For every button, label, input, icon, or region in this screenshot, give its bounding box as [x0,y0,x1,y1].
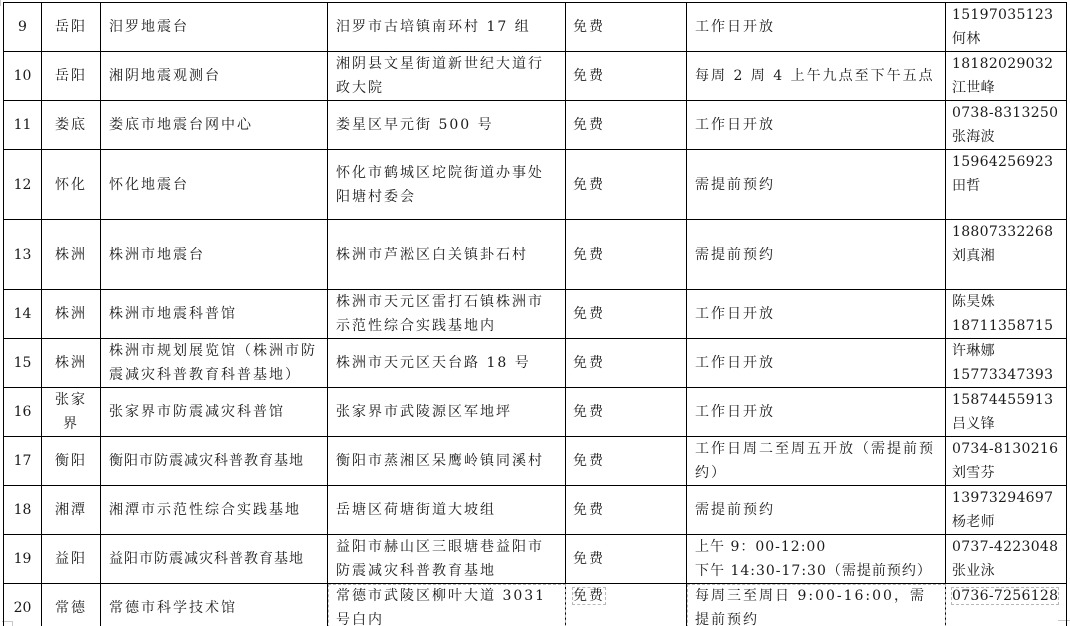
opening-hours-cell: 工作日开放 [687,290,946,339]
contact-line: 吕义锋 [952,412,1060,436]
venue-name-cell: 常德市科学技术馆 [101,584,328,626]
address-cell: 汨罗市古培镇南环村 17 组 [328,3,566,52]
city-cell: 岳阳 [42,52,101,101]
city-cell: 娄底 [42,101,101,150]
contact-line: 0738-8313250 [952,101,1060,125]
address-cell: 湘阴县文星街道新世纪大道行政大院 [328,52,566,101]
city-cell: 衡阳 [42,437,101,486]
row-number: 12 [4,150,42,220]
contact-line: 刘雪芬 [952,461,1060,485]
venue-name-cell: 张家界市防震减灾科普馆 [101,388,328,437]
contact-cell: 18807332268 刘真湘 [946,220,1067,290]
contact-line: 15874455913 [952,388,1060,412]
contact-cell: 13973294697 杨老师 [946,486,1067,535]
city-cell: 岳阳 [42,3,101,52]
fee-cell: 免费 [566,220,687,290]
venue-name-cell: 娄底市地震台网中心 [101,101,328,150]
fee-text: 免费 [573,588,605,604]
city-cell: 常德 [42,584,101,626]
contact-line: 何林 [952,27,1060,51]
contact-line: 18711358715 [952,314,1060,338]
venue-name-cell: 株洲市地震科普馆 [101,290,328,339]
opening-hours-cell: 需提前预约 [687,220,946,290]
venue-name-cell: 汨罗地震台 [101,3,328,52]
table-row: 11 娄底 娄底市地震台网中心 娄星区早元街 500 号 免费 工作日开放 07… [4,101,1067,150]
contact-line: 15773347393 [952,363,1060,387]
row-number: 13 [4,220,42,290]
hours-line: 上午 9：00-12:00 [695,535,937,559]
contact-line: 0736-7256128 [952,588,1058,604]
contact-cell: 0738-8313250 张海波 [946,101,1067,150]
city-cell: 益阳 [42,535,101,584]
table-row: 15 株洲 株洲市规划展览馆（株洲市防震减灾科普教育科普基地） 株洲市天元区天台… [4,339,1067,388]
contact-line: 张海波 [952,125,1060,149]
address-cell: 株洲市天元区天台路 18 号 [328,339,566,388]
address-cell: 怀化市鹤城区坨院街道办事处阳塘村委会 [328,150,566,220]
contact-line: 刘真湘 [952,244,1060,268]
city-cell: 株洲 [42,339,101,388]
table-row: 13 株洲 株洲市地震台 株洲市芦淞区白关镇卦石村 免费 需提前预约 18807… [4,220,1067,290]
fee-cell: 免费 [566,486,687,535]
row-number: 20 [4,584,42,626]
opening-hours-cell: 工作日周二至周五开放（需提前预约） [687,437,946,486]
contact-line: 18807332268 [952,220,1060,244]
opening-hours-cell: 工作日开放 [687,339,946,388]
contact-line: 0737-4223048 [952,535,1060,559]
opening-hours-cell: 工作日开放 [687,101,946,150]
contact-line: 杨老师 [952,510,1060,534]
fee-cell: 免费 [566,437,687,486]
contact-line: 18182029032 [952,52,1060,76]
opening-hours-cell: 工作日开放 [687,3,946,52]
fee-cell: 免费 [566,535,687,584]
row-number: 16 [4,388,42,437]
contact-line: 15197035123 [952,3,1060,27]
address-cell: 张家界市武陵源区军地坪 [328,388,566,437]
table-row: 9 岳阳 汨罗地震台 汨罗市古培镇南环村 17 组 免费 工作日开放 15197… [4,3,1067,52]
table-row: 18 湘潭 湘潭市示范性综合实践基地 岳塘区荷塘街道大坡组 免费 需提前预约 1… [4,486,1067,535]
fee-cell: 免费 [566,52,687,101]
page-corner-mark [0,0,1,6]
contact-cell: 陈昊姝 18711358715 [946,290,1067,339]
venue-name-cell: 株洲市地震台 [101,220,328,290]
opening-hours-cell: 每周 2 周 4 上午九点至下午五点 [687,52,946,101]
venue-name-cell: 衡阳市防震减灾科普教育基地 [101,437,328,486]
venue-name-cell: 怀化地震台 [101,150,328,220]
address-cell: 娄星区早元街 500 号 [328,101,566,150]
contact-line: 13973294697 [952,486,1060,510]
opening-hours-cell: 工作日开放 [687,388,946,437]
opening-hours-cell: 需提前预约 [687,150,946,220]
address-cell: 常德市武陵区柳叶大道 3031 号白内 [328,584,566,626]
row-number: 14 [4,290,42,339]
contact-cell: 0736-7256128 [946,584,1067,626]
row-number: 17 [4,437,42,486]
hours-line: 下午 14:30-17:30（需提前预约） [695,559,937,583]
contact-cell: 18182029032 江世峰 [946,52,1067,101]
city-cell: 株洲 [42,220,101,290]
address-cell: 株洲市天元区雷打石镇株洲市示范性综合实践基地内 [328,290,566,339]
city-cell: 株洲 [42,290,101,339]
venue-name-cell: 益阳市防震减灾科普教育基地 [101,535,328,584]
address-cell: 株洲市芦淞区白关镇卦石村 [328,220,566,290]
row-number: 19 [4,535,42,584]
row-number: 9 [4,3,42,52]
row-number: 10 [4,52,42,101]
city-cell: 怀化 [42,150,101,220]
opening-hours-cell: 每周三至周日 9:00-16:00，需提前预约 [687,584,946,626]
row-number: 15 [4,339,42,388]
venue-name-cell: 株洲市规划展览馆（株洲市防震减灾科普教育科普基地） [101,339,328,388]
contact-line: 15964256923 [952,150,1060,174]
venue-name-cell: 湘阴地震观测台 [101,52,328,101]
opening-hours-cell: 上午 9：00-12:00 下午 14:30-17:30（需提前预约） [687,535,946,584]
contact-cell: 0734-8130216 刘雪芬 [946,437,1067,486]
venue-name-cell: 湘潭市示范性综合实践基地 [101,486,328,535]
fee-cell: 免费 [566,101,687,150]
opening-hours-cell: 需提前预约 [687,486,946,535]
table-row: 16 张家界 张家界市防震减灾科普馆 张家界市武陵源区军地坪 免费 工作日开放 … [4,388,1067,437]
table-row: 17 衡阳 衡阳市防震减灾科普教育基地 衡阳市蒸湘区呆鹰岭镇同溪村 免费 工作日… [4,437,1067,486]
table-row: 12 怀化 怀化地震台 怀化市鹤城区坨院街道办事处阳塘村委会 免费 需提前预约 … [4,150,1067,220]
address-cell: 岳塘区荷塘街道大坡组 [328,486,566,535]
contact-cell: 15874455913 吕义锋 [946,388,1067,437]
contact-cell: 15197035123 何林 [946,3,1067,52]
table-row: 19 益阳 益阳市防震减灾科普教育基地 益阳市赫山区三眼塘巷益阳市防震减灾科普教… [4,535,1067,584]
contact-line: 许琳娜 [952,339,1060,363]
contact-line: 张业泳 [952,559,1060,583]
contact-line: 田哲 [952,174,1060,198]
fee-cell: 免费 [566,584,687,626]
seismic-science-venues-table: 9 岳阳 汨罗地震台 汨罗市古培镇南环村 17 组 免费 工作日开放 15197… [3,2,1067,626]
contact-line: 陈昊姝 [952,290,1060,314]
fee-cell: 免费 [566,290,687,339]
contact-line: 0734-8130216 [952,437,1060,461]
contact-cell: 许琳娜 15773347393 [946,339,1067,388]
row-number: 18 [4,486,42,535]
fee-cell: 免费 [566,339,687,388]
city-cell: 湘潭 [42,486,101,535]
contact-cell: 0737-4223048 张业泳 [946,535,1067,584]
row-number: 11 [4,101,42,150]
fee-cell: 免费 [566,3,687,52]
table-row: 14 株洲 株洲市地震科普馆 株洲市天元区雷打石镇株洲市示范性综合实践基地内 免… [4,290,1067,339]
table-row: 20 常德 常德市科学技术馆 常德市武陵区柳叶大道 3031 号白内 免费 每周… [4,584,1067,626]
contact-line: 江世峰 [952,76,1060,100]
fee-cell: 免费 [566,150,687,220]
city-cell: 张家界 [42,388,101,437]
address-cell: 衡阳市蒸湘区呆鹰岭镇同溪村 [328,437,566,486]
table-row: 10 岳阳 湘阴地震观测台 湘阴县文星街道新世纪大道行政大院 免费 每周 2 周… [4,52,1067,101]
address-cell: 益阳市赫山区三眼塘巷益阳市防震减灾科普教育基地 [328,535,566,584]
fee-cell: 免费 [566,388,687,437]
contact-cell: 15964256923 田哲 [946,150,1067,220]
